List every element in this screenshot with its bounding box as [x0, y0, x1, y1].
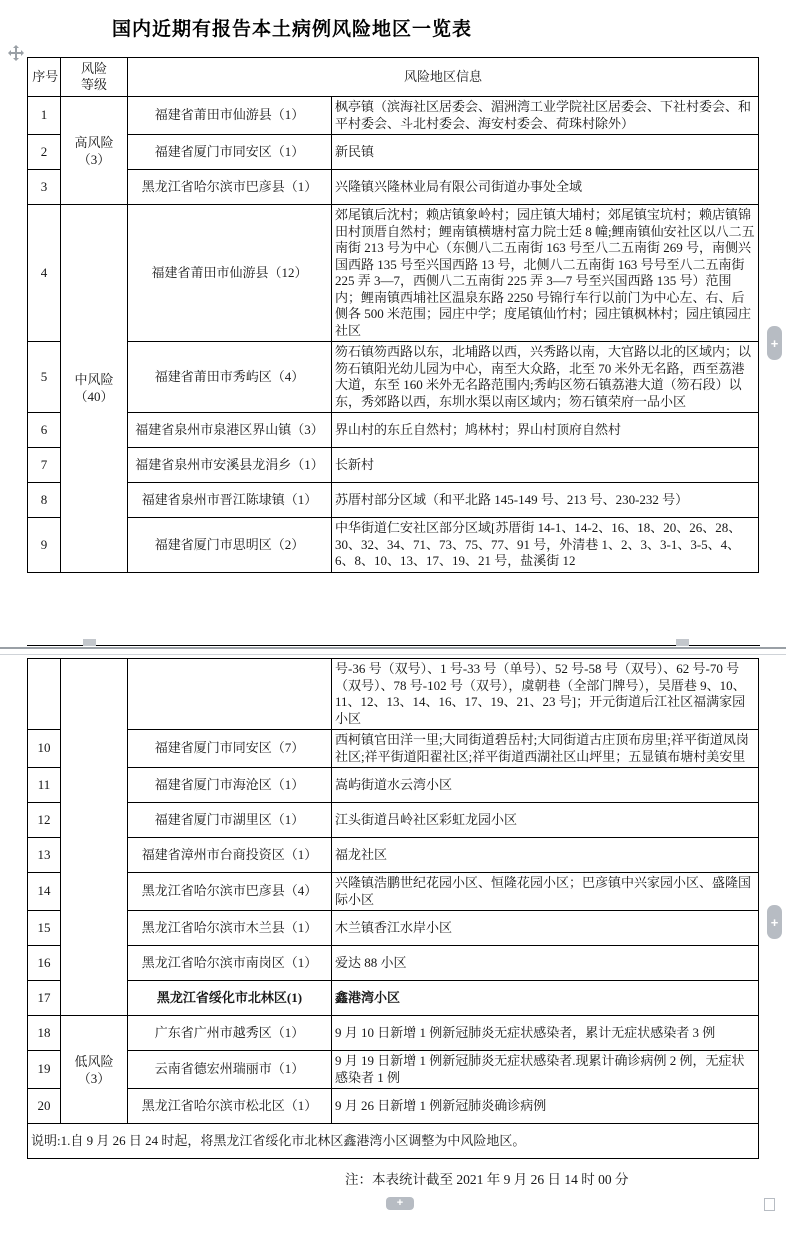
row-number: 20 — [28, 1089, 61, 1124]
info-cell: 笏石镇笏西路以东，北埔路以西，兴秀路以南，大官路以北的区域内；以笏石镇阳光幼儿园… — [332, 342, 759, 413]
risk-level-count: （3） — [64, 151, 124, 168]
statistics-cutoff-note: 注：本表统计截至 2021 年 9 月 26 日 14 时 00 分 — [345, 1168, 760, 1188]
region-cell: 福建省厦门市同安区（1） — [128, 135, 332, 170]
region-cell: 福建省泉州市安溪县龙涓乡（1） — [128, 448, 332, 483]
risk-level-name: 中风险 — [64, 371, 124, 388]
table-row: 16 黑龙江省哈尔滨市南岗区（1） 爱达 88 小区 — [28, 946, 759, 981]
table-row: 4 中风险 （40） 福建省莆田市仙游县（12） 郊尾镇后沈村；赖店镇象岭村；园… — [28, 205, 759, 342]
row-number: 5 — [28, 342, 61, 413]
row-number: 11 — [28, 768, 61, 803]
risk-level-cell-medium: 中风险 （40） — [61, 205, 128, 573]
info-cell: 9 月 26 日新增 1 例新冠肺炎确诊病例 — [332, 1089, 759, 1124]
info-cell: 西柯镇官田洋一里;大同街道碧岳村;大同街道古庄顶布房里;祥平街道凤岗社区;祥平街… — [332, 730, 759, 768]
table-row: 13 福建省漳州市台商投资区（1） 福龙社区 — [28, 838, 759, 873]
side-plus-handle-icon[interactable]: + — [767, 905, 782, 939]
info-cell: 中华街道仁安社区部分区域[苏厝街 14-1、14-2、16、18、20、26、2… — [332, 518, 759, 573]
note-move-handle-icon[interactable]: + — [386, 1197, 414, 1210]
row-number: 13 — [28, 838, 61, 873]
document-page: { "title": "国内近期有报告本土病例风险地区一览表", "table"… — [0, 0, 786, 1237]
info-cell: 界山村的东丘自然村；鸠林村；界山村顶府自然村 — [332, 413, 759, 448]
table-row: 5 福建省莆田市秀屿区（4） 笏石镇笏西路以东，北埔路以西，兴秀路以南，大官路以… — [28, 342, 759, 413]
table-row: 3 黑龙江省哈尔滨市巴彦县（1） 兴隆镇兴隆林业局有限公司街道办事处全域 — [28, 170, 759, 205]
risk-level-name: 低风险 — [64, 1053, 124, 1070]
region-cell: 福建省厦门市同安区（7） — [128, 730, 332, 768]
region-cell: 福建省莆田市仙游县（1） — [128, 97, 332, 135]
table-row: 10 福建省厦门市同安区（7） 西柯镇官田洋一里;大同街道碧岳村;大同街道古庄顶… — [28, 730, 759, 768]
info-cell: 兴隆镇兴隆林业局有限公司街道办事处全域 — [332, 170, 759, 205]
info-cell: 新民镇 — [332, 135, 759, 170]
row-number: 14 — [28, 873, 61, 911]
table-row: 1 高风险 （3） 福建省莆田市仙游县（1） 枫亭镇（滨海社区居委会、湄洲湾工业… — [28, 97, 759, 135]
region-cell: 黑龙江省绥化市北林区(1) — [128, 981, 332, 1016]
anchor-mark-icon — [764, 1198, 775, 1211]
row-number: 3 — [28, 170, 61, 205]
region-cell: 福建省漳州市台商投资区（1） — [128, 838, 332, 873]
region-cell: 黑龙江省哈尔滨市松北区（1） — [128, 1089, 332, 1124]
table-row: 12 福建省厦门市湖里区（1） 江头街道吕岭社区彩虹龙园小区 — [28, 803, 759, 838]
header-level: 风险等级 — [61, 58, 128, 97]
table-row: 9 福建省厦门市思明区（2） 中华街道仁安社区部分区域[苏厝街 14-1、14-… — [28, 518, 759, 573]
table-header-row: 序号 风险等级 风险地区信息 — [28, 58, 759, 97]
row-number: 7 — [28, 448, 61, 483]
row-number: 19 — [28, 1051, 61, 1089]
table-row: 14 黑龙江省哈尔滨市巴彦县（4） 兴隆镇浩鹏世纪花园小区、恒隆花园小区；巴彦镇… — [28, 873, 759, 911]
region-cell-empty — [128, 659, 332, 730]
info-cell: 福龙社区 — [332, 838, 759, 873]
table-row: 7 福建省泉州市安溪县龙涓乡（1） 长新村 — [28, 448, 759, 483]
table-row: 19 云南省德宏州瑞丽市（1） 9 月 19 日新增 1 例新冠肺炎无症状感染者… — [28, 1051, 759, 1089]
page-title: 国内近期有报告本土病例风险地区一览表 — [112, 14, 472, 41]
text-boundary-mark — [676, 639, 689, 646]
table-row: 20 黑龙江省哈尔滨市松北区（1） 9 月 26 日新增 1 例新冠肺炎确诊病例 — [28, 1089, 759, 1124]
header-info: 风险地区信息 — [128, 58, 759, 97]
risk-level-cell-medium-continued — [61, 659, 128, 1016]
row-number-empty — [28, 659, 61, 730]
info-cell: 枫亭镇（滨海社区居委会、湄洲湾工业学院社区居委会、下社村委会、和平村委会、斗北村… — [332, 97, 759, 135]
info-cell: 江头街道吕岭社区彩虹龙园小区 — [332, 803, 759, 838]
info-cell: 号-36 号（双号）、1 号-33 号（单号）、52 号-58 号（双号）、62… — [332, 659, 759, 730]
info-cell: 兴隆镇浩鹏世纪花园小区、恒隆花园小区；巴彦镇中兴家园小区、盛隆国际小区 — [332, 873, 759, 911]
page-break-line — [0, 647, 786, 649]
table-move-handle-icon[interactable] — [8, 45, 24, 61]
risk-level-cell-low: 低风险 （3） — [61, 1016, 128, 1124]
row-number: 9 — [28, 518, 61, 573]
table-row: 15 黑龙江省哈尔滨市木兰县（1） 木兰镇香江水岸小区 — [28, 911, 759, 946]
region-cell: 广东省广州市越秀区（1） — [128, 1016, 332, 1051]
region-cell: 福建省厦门市湖里区（1） — [128, 803, 332, 838]
text-boundary-mark — [83, 639, 96, 646]
table-row: 8 福建省泉州市晋江陈埭镇（1） 苏厝村部分区域（和平北路 145-149 号、… — [28, 483, 759, 518]
risk-level-name: 高风险 — [64, 134, 124, 151]
region-cell: 黑龙江省哈尔滨市巴彦县（4） — [128, 873, 332, 911]
row-number: 8 — [28, 483, 61, 518]
header-no: 序号 — [28, 58, 61, 97]
row-number: 15 — [28, 911, 61, 946]
region-cell: 云南省德宏州瑞丽市（1） — [128, 1051, 332, 1089]
table-row: 18 低风险 （3） 广东省广州市越秀区（1） 9 月 10 日新增 1 例新冠… — [28, 1016, 759, 1051]
info-cell: 嵩屿街道水云湾小区 — [332, 768, 759, 803]
info-cell: 长新村 — [332, 448, 759, 483]
row-number: 16 — [28, 946, 61, 981]
header-no-label: 序号 — [31, 69, 60, 85]
region-cell: 黑龙江省哈尔滨市南岗区（1） — [128, 946, 332, 981]
risk-level-cell-high: 高风险 （3） — [61, 97, 128, 205]
risk-level-count: （3） — [64, 1070, 124, 1087]
table-page1-segment: 序号 风险等级 风险地区信息 1 高风险 （3） 福建省莆田市仙游县（1） 枫亭… — [27, 57, 760, 646]
row-number: 17 — [28, 981, 61, 1016]
table-row: 2 福建省厦门市同安区（1） 新民镇 — [28, 135, 759, 170]
region-cell: 黑龙江省哈尔滨市巴彦县（1） — [128, 170, 332, 205]
page-break-shadow — [0, 654, 786, 655]
row-number: 10 — [28, 730, 61, 768]
table-page2-segment: 号-36 号（双号）、1 号-33 号（单号）、52 号-58 号（双号）、62… — [27, 658, 760, 1188]
table-row: 17 黑龙江省绥化市北林区(1) 鑫港湾小区 — [28, 981, 759, 1016]
info-cell: 9 月 10 日新增 1 例新冠肺炎无症状感染者，累计无症状感染者 3 例 — [332, 1016, 759, 1051]
table-note: 说明:1.自 9 月 26 日 24 时起，将黑龙江省绥化市北林区鑫港湾小区调整… — [28, 1124, 759, 1159]
table-row: 6 福建省泉州市泉港区界山镇（3） 界山村的东丘自然村；鸠林村；界山村顶府自然村 — [28, 413, 759, 448]
info-cell: 木兰镇香江水岸小区 — [332, 911, 759, 946]
table-row: 11 福建省厦门市海沧区（1） 嵩屿街道水云湾小区 — [28, 768, 759, 803]
row-number: 1 — [28, 97, 61, 135]
risk-area-table-continued: 号-36 号（双号）、1 号-33 号（单号）、52 号-58 号（双号）、62… — [27, 658, 759, 1159]
row-number: 6 — [28, 413, 61, 448]
info-cell: 郊尾镇后沈村；赖店镇象岭村；园庄镇大埔村；郊尾镇宝坑村；赖店镇锦田村顶厝自然村；… — [332, 205, 759, 342]
info-cell: 9 月 19 日新增 1 例新冠肺炎无症状感染者.现累计确诊病例 2 例，无症状… — [332, 1051, 759, 1089]
region-cell: 福建省泉州市泉港区界山镇（3） — [128, 413, 332, 448]
region-cell: 黑龙江省哈尔滨市木兰县（1） — [128, 911, 332, 946]
row-number: 4 — [28, 205, 61, 342]
region-cell: 福建省莆田市秀屿区（4） — [128, 342, 332, 413]
region-cell: 福建省厦门市海沧区（1） — [128, 768, 332, 803]
table-row-continuation: 号-36 号（双号）、1 号-33 号（单号）、52 号-58 号（双号）、62… — [28, 659, 759, 730]
side-plus-handle-icon[interactable]: + — [767, 326, 782, 360]
table-note-row: 说明:1.自 9 月 26 日 24 时起，将黑龙江省绥化市北林区鑫港湾小区调整… — [28, 1124, 759, 1159]
region-cell: 福建省厦门市思明区（2） — [128, 518, 332, 573]
risk-area-table: 序号 风险等级 风险地区信息 1 高风险 （3） 福建省莆田市仙游县（1） 枫亭… — [27, 57, 759, 573]
risk-level-count: （40） — [64, 388, 124, 405]
region-cell: 福建省泉州市晋江陈埭镇（1） — [128, 483, 332, 518]
info-cell: 鑫港湾小区 — [332, 981, 759, 1016]
region-cell: 福建省莆田市仙游县（12） — [128, 205, 332, 342]
row-number: 12 — [28, 803, 61, 838]
info-cell: 爱达 88 小区 — [332, 946, 759, 981]
header-level-label: 风险等级 — [80, 61, 109, 93]
row-number: 18 — [28, 1016, 61, 1051]
info-cell: 苏厝村部分区域（和平北路 145-149 号、213 号、230-232 号） — [332, 483, 759, 518]
row-number: 2 — [28, 135, 61, 170]
